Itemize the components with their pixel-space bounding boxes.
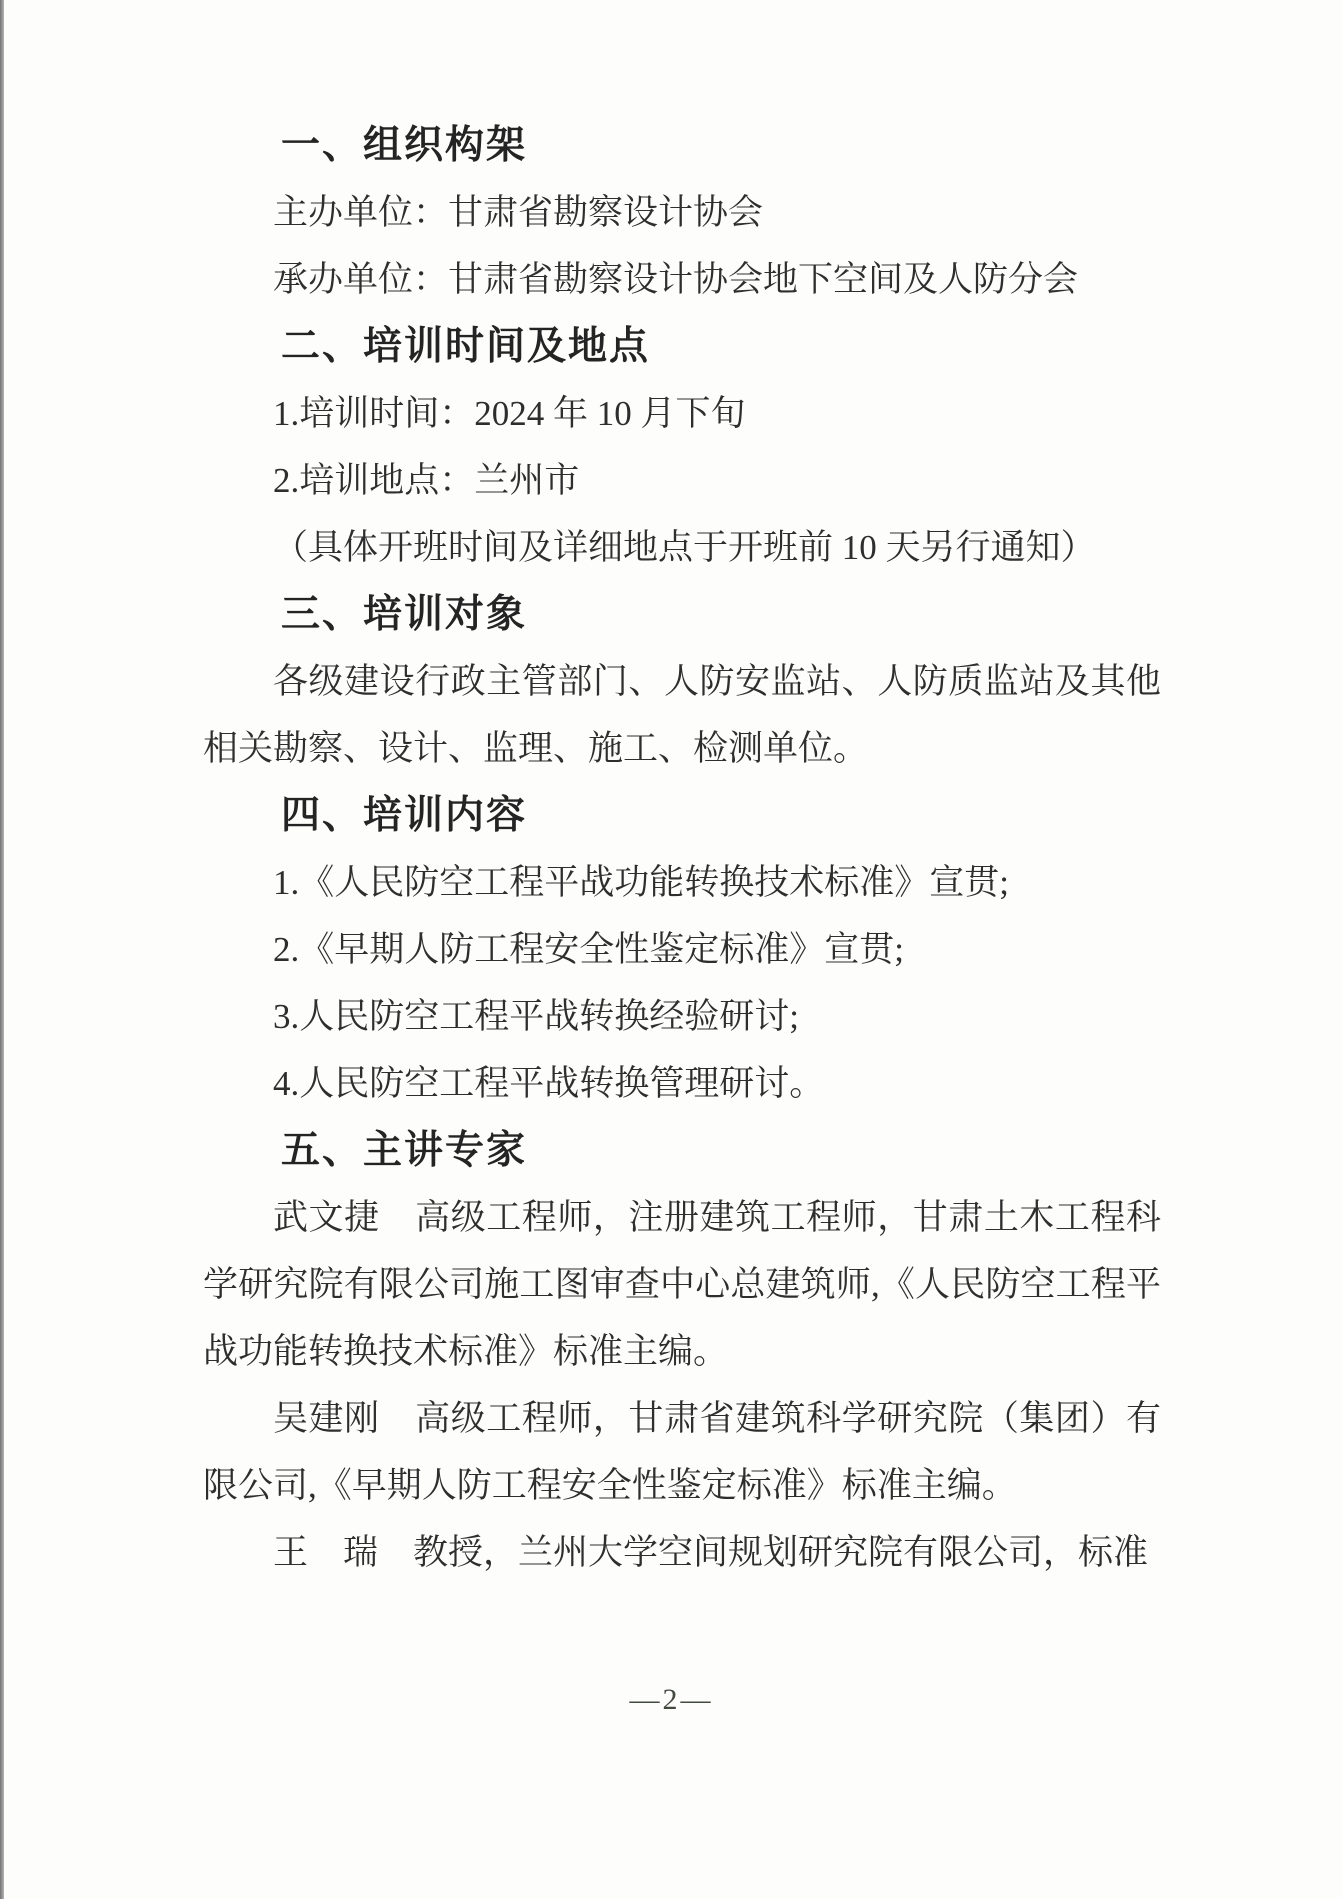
paragraph: 1.培训时间：2024 年 10 月下旬 <box>203 380 1161 447</box>
scan-edge-artifact <box>0 0 4 1899</box>
paragraph: 王 瑞 教授，兰州大学空间规划研究院有限公司，标准 <box>203 1519 1161 1586</box>
paragraph: （具体开班时间及详细地点于开班前 10 天另行通知） <box>203 514 1161 581</box>
paragraph: 1.《人民防空工程平战功能转换技术标准》宣贯; <box>203 849 1161 916</box>
paragraph: 3.人民防空工程平战转换经验研讨; <box>203 983 1161 1050</box>
paragraph: 4.人民防空工程平战转换管理研讨。 <box>203 1050 1161 1117</box>
paragraph: 2.《早期人防工程安全性鉴定标准》宣贯; <box>203 916 1161 983</box>
scanned-document-page: 一、组织构架主办单位：甘肃省勘察设计协会承办单位：甘肃省勘察设计协会地下空间及人… <box>0 0 1343 1899</box>
document-body: 一、组织构架主办单位：甘肃省勘察设计协会承办单位：甘肃省勘察设计协会地下空间及人… <box>203 112 1161 1586</box>
paragraph: 各级建设行政主管部门、人防安监站、人防质监站及其他相关勘察、设计、监理、施工、检… <box>203 648 1161 782</box>
section-heading: 五、主讲专家 <box>203 1117 1161 1184</box>
section-heading: 三、培训对象 <box>203 581 1161 648</box>
section-heading: 二、培训时间及地点 <box>203 313 1161 380</box>
paragraph: 武文捷 高级工程师，注册建筑工程师，甘肃土木工程科学研究院有限公司施工图审查中心… <box>203 1184 1161 1385</box>
paragraph: 吴建刚 高级工程师，甘肃省建筑科学研究院（集团）有限公司,《早期人防工程安全性鉴… <box>203 1385 1161 1519</box>
paragraph: 承办单位：甘肃省勘察设计协会地下空间及人防分会 <box>203 246 1161 313</box>
section-heading: 四、培训内容 <box>203 782 1161 849</box>
page-number: —2— <box>0 1683 1343 1717</box>
paragraph: 主办单位：甘肃省勘察设计协会 <box>203 179 1161 246</box>
paragraph: 2.培训地点：兰州市 <box>203 447 1161 514</box>
section-heading: 一、组织构架 <box>203 112 1161 179</box>
